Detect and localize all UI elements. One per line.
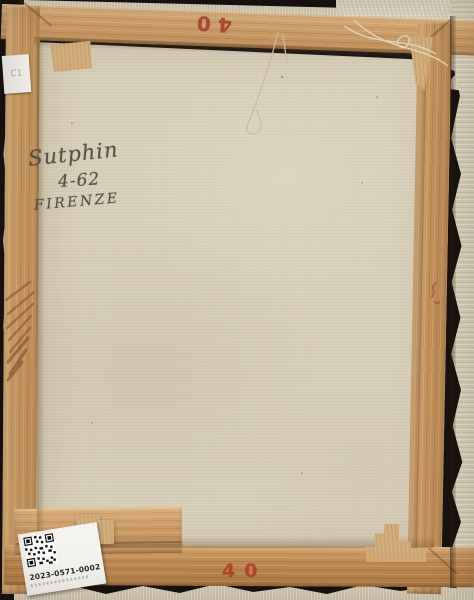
corner-sticker: C1: [2, 54, 32, 94]
stretcher-bar-left: [2, 6, 40, 594]
corner-sticker-text: C1: [10, 69, 23, 80]
painting-verso-photo: Sutphin 4-62 FIRENZE 40 40 C1: [0, 0, 474, 600]
artist-inscription: Sutphin 4-62 FIRENZE: [28, 142, 120, 210]
inventory-label: 2023-0571-0002: [18, 522, 107, 596]
right-edge-gap-shadow: [450, 16, 456, 588]
qr-code-icon: [23, 533, 57, 567]
canvas-back: [36, 38, 438, 552]
corner-key-bottom-left-nub: [99, 520, 114, 544]
inscription-signature: Sutphin: [27, 137, 121, 170]
size-stamp-top: 40: [189, 11, 232, 38]
inscription-date: 4-62: [57, 168, 120, 192]
size-stamp-bottom: 40: [222, 560, 266, 582]
corner-key-top-left: [50, 41, 92, 72]
canvas-specks: [281, 76, 283, 78]
